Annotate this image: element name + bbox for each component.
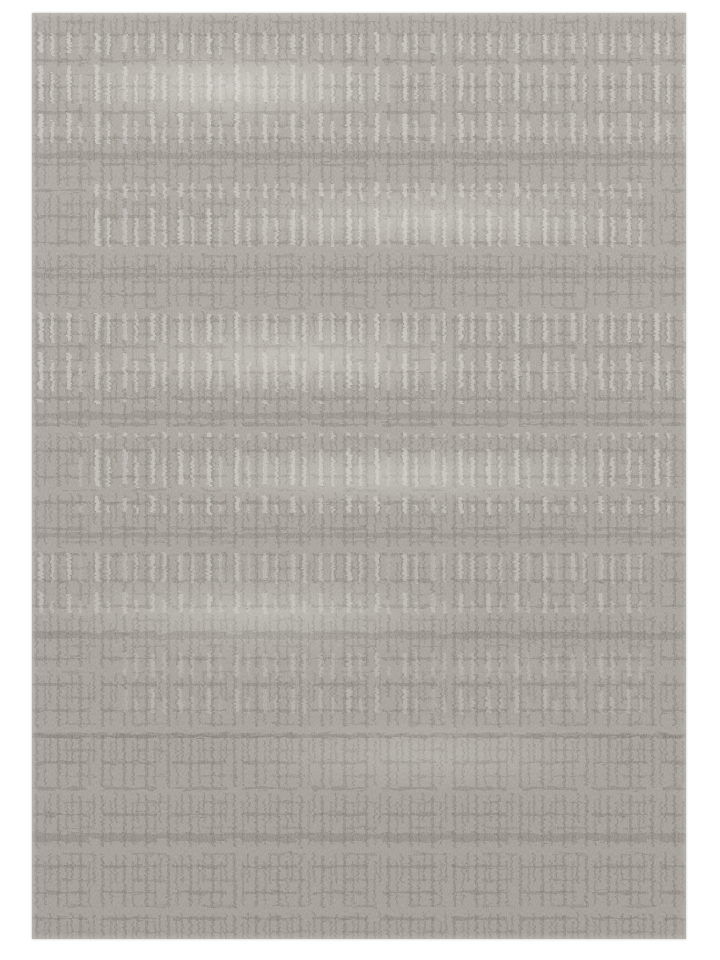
area-rug: [32, 13, 686, 939]
product-photo: [0, 0, 720, 960]
rug-pattern: [32, 13, 686, 939]
